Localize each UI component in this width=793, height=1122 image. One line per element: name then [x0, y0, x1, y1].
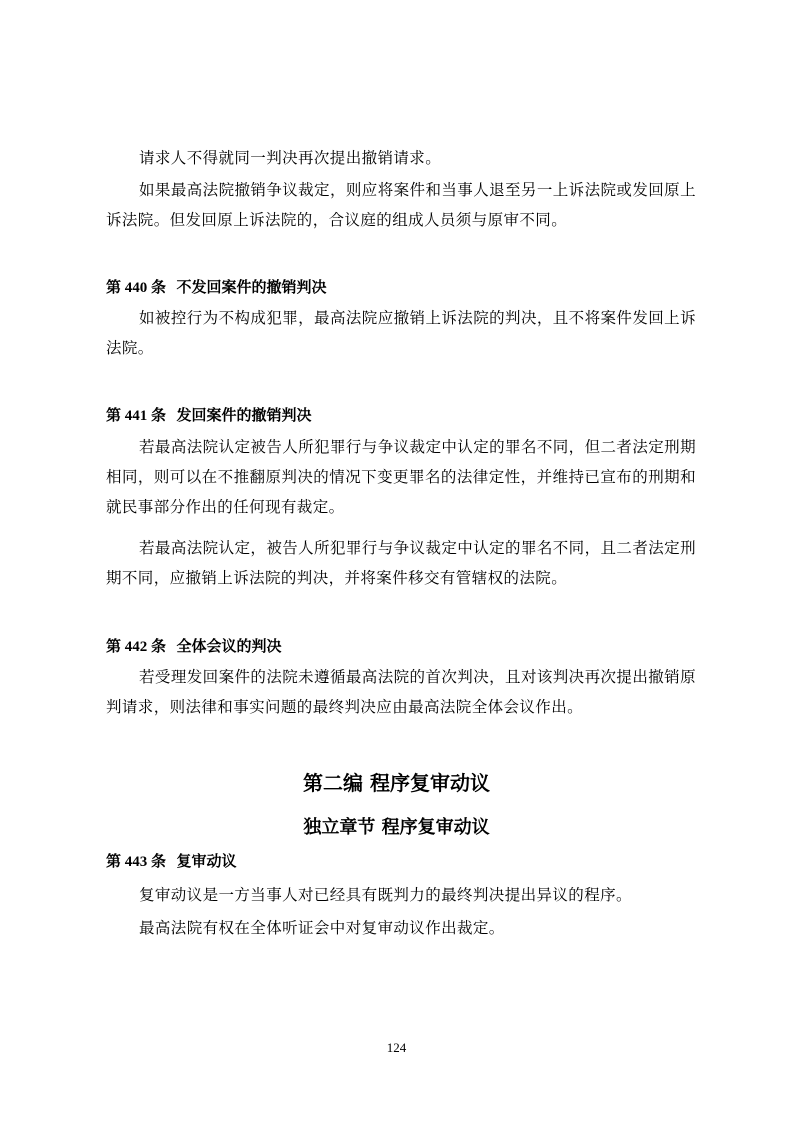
article-442-heading: 第 442 条 全体会议的判决 — [106, 635, 281, 658]
article-number: 第 440 条 — [106, 280, 166, 296]
article-title: 复审动议 — [176, 852, 236, 870]
part-title: 第二编 程序复审动议 — [0, 767, 793, 796]
paragraph: 请求人不得就同一判决再次提出撤销请求。 — [106, 143, 696, 173]
paragraph: 若受理发回案件的法院未遵循最高法院的首次判决，且对该判决再次提出撤销原判请求，则… — [106, 662, 696, 722]
paragraph: 最高法院有权在全体听证会中对复审动议作出裁定。 — [106, 913, 696, 943]
paragraph: 若最高法院认定，被告人所犯罪行与争议裁定中认定的罪名不同，且二者法定刑期不同，应… — [106, 533, 696, 593]
article-number: 第 441 条 — [106, 408, 166, 424]
article-title: 发回案件的撤销判决 — [176, 406, 311, 424]
paragraph: 如被控行为不构成犯罪，最高法院应撤销上诉法院的判决，且不将案件发回上诉法院。 — [106, 303, 696, 363]
article-443-heading: 第 443 条 复审动议 — [106, 850, 236, 873]
paragraph: 复审动议是一方当事人对已经具有既判力的最终判决提出异议的程序。 — [106, 880, 696, 910]
article-number: 第 443 条 — [106, 854, 166, 870]
article-title: 不发回案件的撤销判决 — [176, 278, 326, 296]
article-441-heading: 第 441 条 发回案件的撤销判决 — [106, 404, 311, 427]
article-title: 全体会议的判决 — [176, 637, 281, 655]
paragraph: 如果最高法院撤销争议裁定，则应将案件和当事人退至另一上诉法院或发回原上诉法院。但… — [106, 175, 696, 235]
paragraph: 若最高法院认定被告人所犯罪行与争议裁定中认定的罪名不同，但二者法定刑期相同，则可… — [106, 432, 696, 522]
article-440-heading: 第 440 条 不发回案件的撤销判决 — [106, 276, 326, 299]
chapter-title: 独立章节 程序复审动议 — [0, 813, 793, 839]
article-number: 第 442 条 — [106, 639, 166, 655]
page-number: 124 — [0, 1040, 793, 1056]
document-page: 请求人不得就同一判决再次提出撤销请求。 如果最高法院撤销争议裁定，则应将案件和当… — [0, 0, 793, 1122]
